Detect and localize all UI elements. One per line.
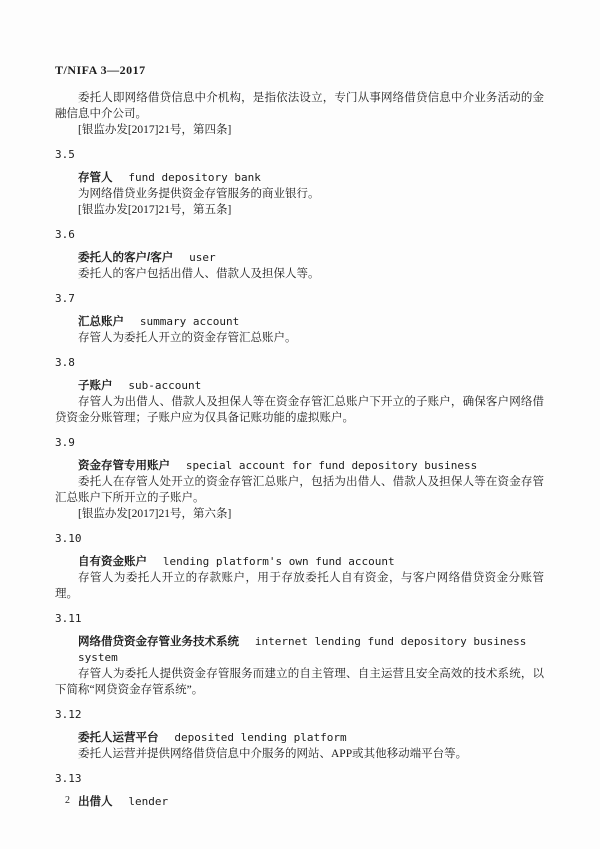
term-heading: 存管人 fund depository bank	[55, 170, 544, 186]
term-heading: 出借人 lender	[55, 794, 544, 810]
term-definition: 委托人的客户包括出借人、借款人及担保人等。	[55, 266, 544, 282]
section-number: 3.11	[55, 611, 544, 627]
term-chinese: 存管人	[78, 172, 113, 184]
term-section: 3.12 委托人运营平台 deposited lending platform …	[55, 707, 544, 762]
term-section: 3.6 委托人的客户/客户 user 委托人的客户包括出借人、借款人及担保人等。	[55, 227, 544, 282]
term-section: 3.9 资金存管专用账户 special account for fund de…	[55, 435, 544, 522]
term-chinese: 资金存管专用账户	[78, 460, 170, 472]
term-section: 3.10 自有资金账户 lending platform's own fund …	[55, 531, 544, 602]
section-number: 3.5	[55, 147, 544, 163]
term-chinese: 出借人	[78, 796, 113, 808]
term-english: user	[189, 251, 216, 264]
intro-definition-paragraph: 委托人即网络借贷信息中介机构，是指依法设立，专门从事网络借贷信息中介业务活动的金…	[55, 90, 544, 122]
term-heading: 自有资金账户 lending platform's own fund accou…	[55, 554, 544, 570]
term-definition: 为网络借贷业务提供资金存管服务的商业银行。	[55, 186, 544, 202]
term-definition: 存管人为委托人开立的存款账户，用于存放委托人自有资金，与客户网络借贷资金分账管理…	[55, 570, 544, 602]
term-english: sub-account	[128, 379, 201, 392]
term-chinese: 自有资金账户	[78, 556, 147, 568]
term-chinese: 委托人运营平台	[78, 732, 159, 744]
term-section: 3.8 子账户 sub-account 存管人为出借人、借款人及担保人等在资金存…	[55, 355, 544, 426]
section-number: 3.9	[55, 435, 544, 451]
term-english: deposited lending platform	[174, 731, 346, 744]
term-english: lending platform's own fund account	[163, 555, 395, 568]
page-number: 2	[65, 794, 70, 808]
term-english: special account for fund depository busi…	[186, 459, 477, 472]
term-definition: 委托人在存管人处开立的资金存管汇总账户，包括为出借人、借款人及担保人等在资金存管…	[55, 474, 544, 506]
term-english: lender	[128, 795, 168, 808]
term-definition: 委托人运营并提供网络借贷信息中介服务的网站、APP或其他移动端平台等。	[55, 746, 544, 762]
term-definition: 存管人为委托人提供资金存管服务而建立的自主管理、自主运营且安全高效的技术系统，以…	[55, 666, 544, 698]
term-section: 3.11 网络借贷资金存管业务技术系统 internet lending fun…	[55, 611, 544, 698]
term-chinese: 子账户	[78, 380, 113, 392]
terms-list: 3.5 存管人 fund depository bank 为网络借贷业务提供资金…	[55, 147, 544, 810]
term-heading: 委托人运营平台 deposited lending platform	[55, 730, 544, 746]
term-heading: 网络借贷资金存管业务技术系统 internet lending fund dep…	[55, 634, 544, 666]
term-definition: 存管人为出借人、借款人及担保人等在资金存管汇总账户下开立的子账户，确保客户网络借…	[55, 394, 544, 426]
term-chinese: 汇总账户	[78, 316, 124, 328]
term-english: summary account	[140, 315, 239, 328]
section-number: 3.6	[55, 227, 544, 243]
term-section: 3.5 存管人 fund depository bank 为网络借贷业务提供资金…	[55, 147, 544, 218]
section-number: 3.13	[55, 771, 544, 787]
section-number: 3.12	[55, 707, 544, 723]
term-section: 3.7 汇总账户 summary account 存管人为委托人开立的资金存管汇…	[55, 291, 544, 346]
term-chinese: 委托人的客户/客户	[78, 252, 173, 264]
intro-citation: [银监办发[2017]21号，第四条]	[55, 122, 544, 138]
term-heading: 汇总账户 summary account	[55, 314, 544, 330]
term-heading: 委托人的客户/客户 user	[55, 250, 544, 266]
term-section: 3.13 出借人 lender	[55, 771, 544, 810]
term-heading: 资金存管专用账户 special account for fund deposi…	[55, 458, 544, 474]
term-heading: 子账户 sub-account	[55, 378, 544, 394]
section-number: 3.7	[55, 291, 544, 307]
term-definition: 存管人为委托人开立的资金存管汇总账户。	[55, 330, 544, 346]
doc-code-header: T/NIFA 3—2017	[55, 62, 544, 78]
section-number: 3.8	[55, 355, 544, 371]
term-english: fund depository bank	[128, 171, 260, 184]
term-citation: [银监办发[2017]21号，第六条]	[55, 506, 544, 522]
section-number: 3.10	[55, 531, 544, 547]
document-page: T/NIFA 3—2017 委托人即网络借贷信息中介机构，是指依法设立，专门从事…	[0, 0, 600, 849]
term-chinese: 网络借贷资金存管业务技术系统	[78, 636, 239, 648]
term-citation: [银监办发[2017]21号，第五条]	[55, 202, 544, 218]
